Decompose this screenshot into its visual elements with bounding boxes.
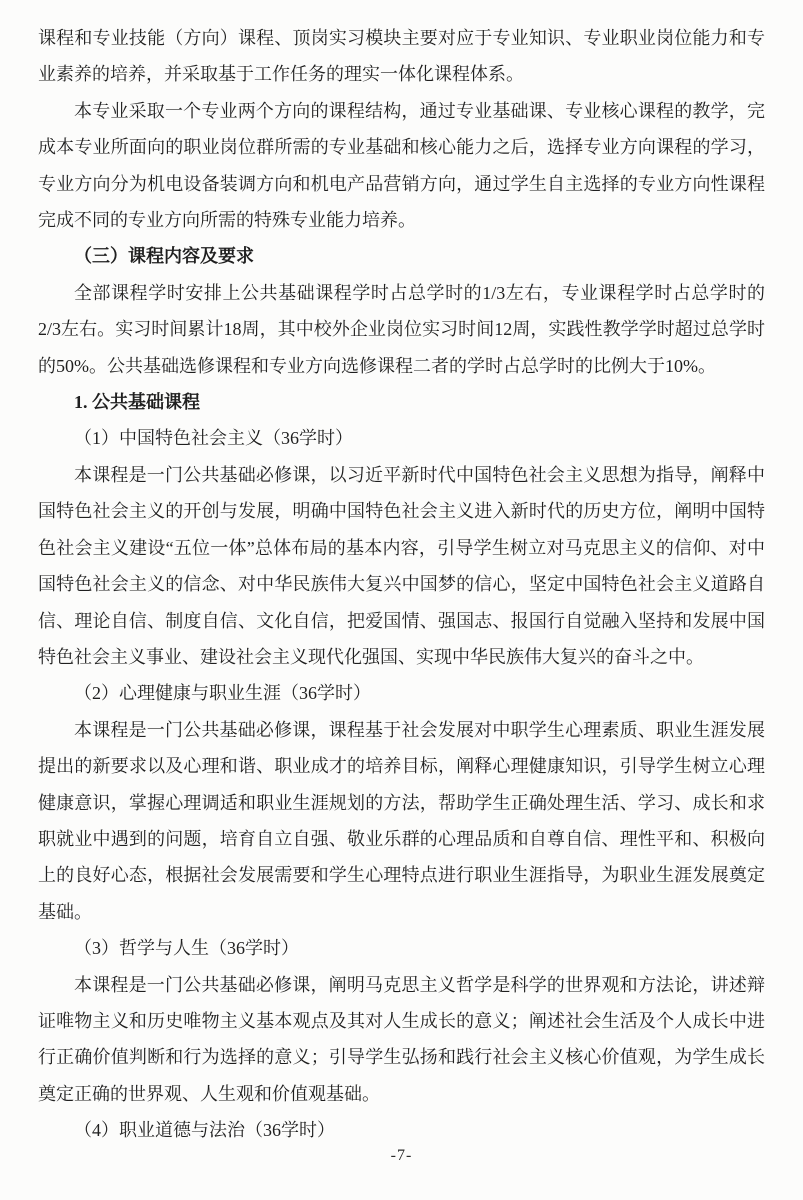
paragraph-hours-allocation: 全部课程学时安排上公共基础课程学时占总学时的1/3左右，专业课程学时占总学时的2… [38, 275, 765, 384]
document-page: 课程和专业技能（方向）课程、顶岗实习模块主要对应于专业知识、专业职业岗位能力和专… [0, 0, 803, 1200]
course-title-mental-health-career: （2）心理健康与职业生涯（36学时） [38, 675, 765, 711]
paragraph-course-modules: 课程和专业技能（方向）课程、顶岗实习模块主要对应于专业知识、专业职业岗位能力和专… [38, 20, 765, 93]
footer-page-number: -7- [0, 1138, 803, 1174]
course-title-socialism-with-chinese-characteristics: （1）中国特色社会主义（36学时） [38, 420, 765, 456]
course-description-mental-health-career: 本课程是一门公共基础必修课，课程基于社会发展对中职学生心理素质、职业生涯发展提出… [38, 712, 765, 930]
course-description-socialism-with-chinese-characteristics: 本课程是一门公共基础必修课，以习近平新时代中国特色社会主义思想为指导，阐释中国特… [38, 457, 765, 675]
course-description-philosophy-and-life: 本课程是一门公共基础必修课，阐明马克思主义哲学是科学的世界观和方法论，讲述辩证唯… [38, 967, 765, 1113]
paragraph-two-directions: 本专业采取一个专业两个方向的课程结构，通过专业基础课、专业核心课程的教学，完成本… [38, 93, 765, 239]
heading-public-basic-courses: 1. 公共基础课程 [38, 384, 765, 420]
heading-section-course-content-requirements: （三）课程内容及要求 [38, 238, 765, 274]
course-title-philosophy-and-life: （3）哲学与人生（36学时） [38, 930, 765, 966]
